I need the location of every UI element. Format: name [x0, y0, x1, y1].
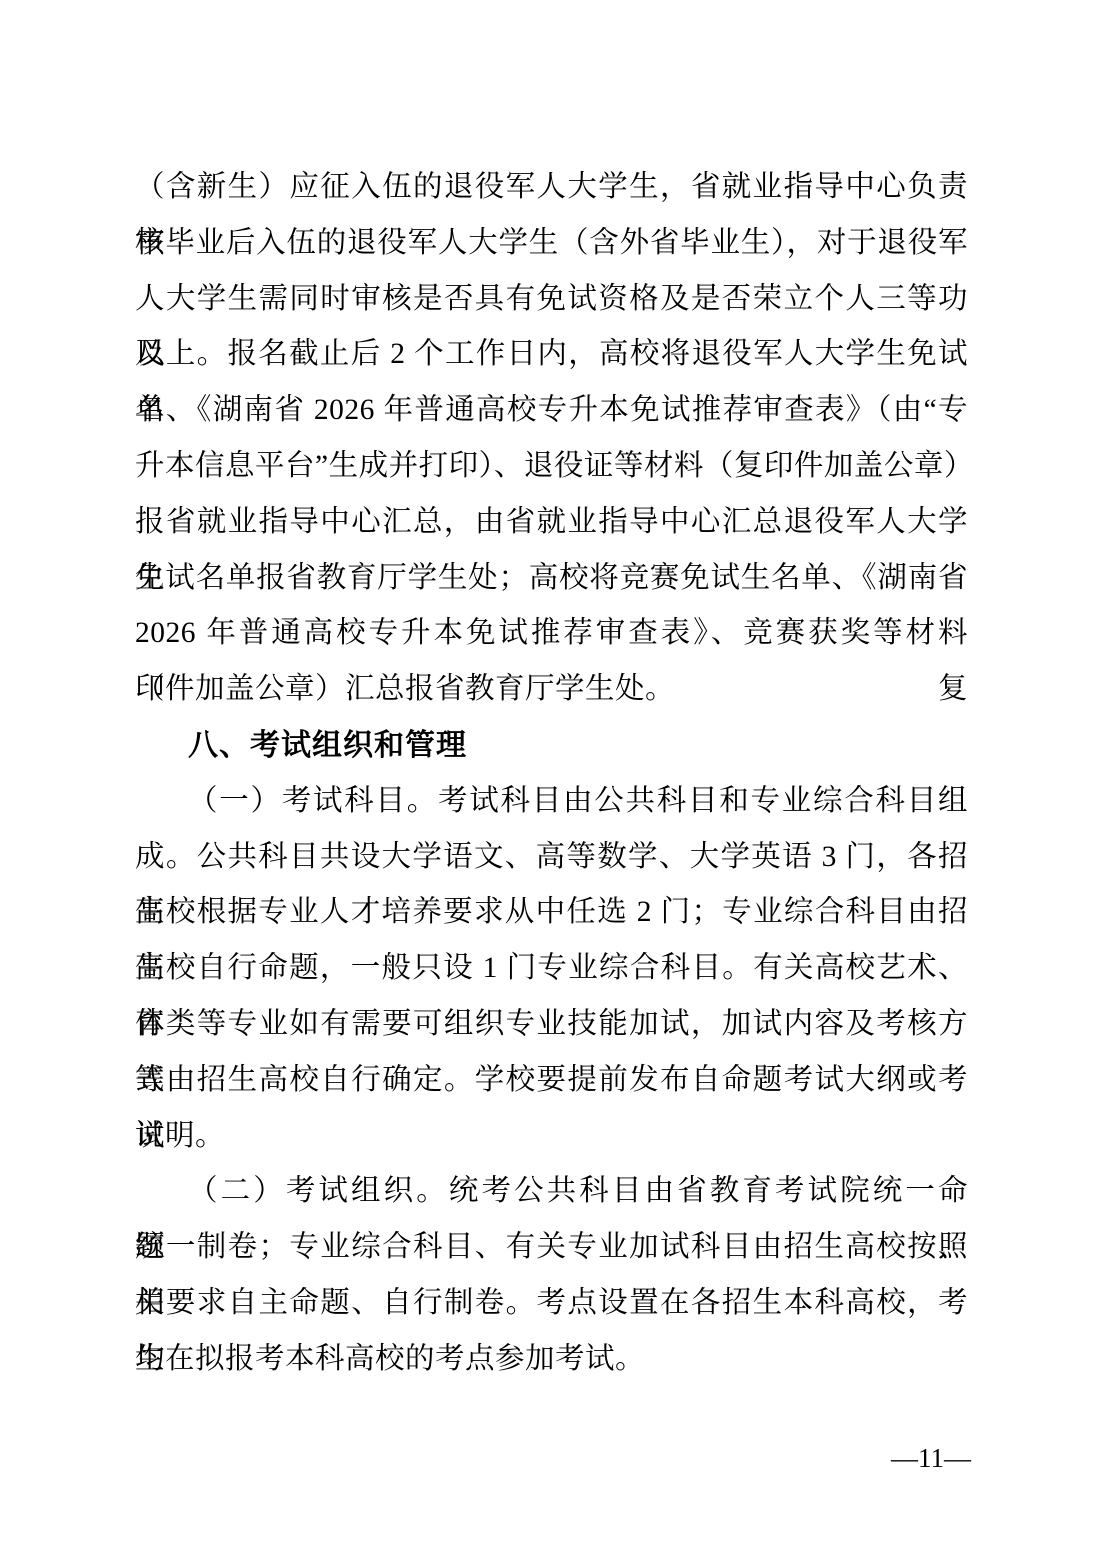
- body-line: （一）考试科目。考试科目由公共科目和专业综合科目组: [135, 774, 968, 830]
- body-line: 关要求自主命题、自行制卷。考点设置在各招生本科高校，考生: [135, 1276, 968, 1332]
- document-page: （含新生）应征入伍的退役军人大学生，省就业指导中心负责审 核毕业后入伍的退役军人…: [0, 0, 1102, 1559]
- body-line: 单、《湖南省 2026 年普通高校专升本免试推荐审查表》（由“专: [135, 383, 968, 439]
- body-line: 成。公共科目共设大学语文、高等数学、大学英语 3 门，各招生: [135, 830, 968, 886]
- page-number: —11—: [891, 1443, 971, 1473]
- body-line: 均在拟报考本科高校的考点参加考试。: [135, 1332, 968, 1388]
- body-line: 报省就业指导中心汇总，由省就业指导中心汇总退役军人大学生: [135, 495, 968, 551]
- body-line: 等由招生高校自行确定。学校要提前发布自命题考试大纲或考试: [135, 1053, 968, 1109]
- document-body: （含新生）应征入伍的退役军人大学生，省就业指导中心负责审 核毕业后入伍的退役军人…: [135, 160, 968, 1388]
- section-heading: 八、考试组织和管理: [135, 718, 968, 774]
- body-line: 高校自行命题，一般只设 1 门专业综合科目。有关高校艺术、体: [135, 941, 968, 997]
- body-line: （二）考试组织。统考公共科目由省教育考试院统一命题、: [135, 1164, 968, 1220]
- body-line: 核毕业后入伍的退役军人大学生（含外省毕业生），对于退役军: [135, 216, 968, 272]
- body-line: 说明。: [135, 1109, 968, 1165]
- body-line: 以上。报名截止后 2 个工作日内，高校将退役军人大学生免试名: [135, 327, 968, 383]
- body-line: 育类等专业如有需要可组织专业技能加试，加试内容及考核方式: [135, 997, 968, 1053]
- body-line: （含新生）应征入伍的退役军人大学生，省就业指导中心负责审: [135, 160, 968, 216]
- body-line: 免试名单报省教育厅学生处；高校将竞赛免试生名单、《湖南省: [135, 551, 968, 607]
- subsection-lead: （一）考试科目。: [188, 785, 438, 817]
- body-line-text: 考试科目由公共科目和专业综合科目组: [438, 785, 968, 817]
- body-line: 2026 年普通高校专升本免试推荐审查表》、竞赛获奖等材料（复: [135, 606, 968, 662]
- body-line: 人大学生需同时审核是否具有免试资格及是否荣立个人三等功及: [135, 272, 968, 328]
- subsection-lead: （二）考试组织。: [188, 1175, 449, 1207]
- body-line: 高校根据专业人才培养要求从中任选 2 门；专业综合科目由招生: [135, 885, 968, 941]
- body-line: 统一制卷；专业综合科目、有关专业加试科目由招生高校按照相: [135, 1220, 968, 1276]
- body-line: 升本信息平台”生成并打印）、退役证等材料（复印件加盖公章）: [135, 439, 968, 495]
